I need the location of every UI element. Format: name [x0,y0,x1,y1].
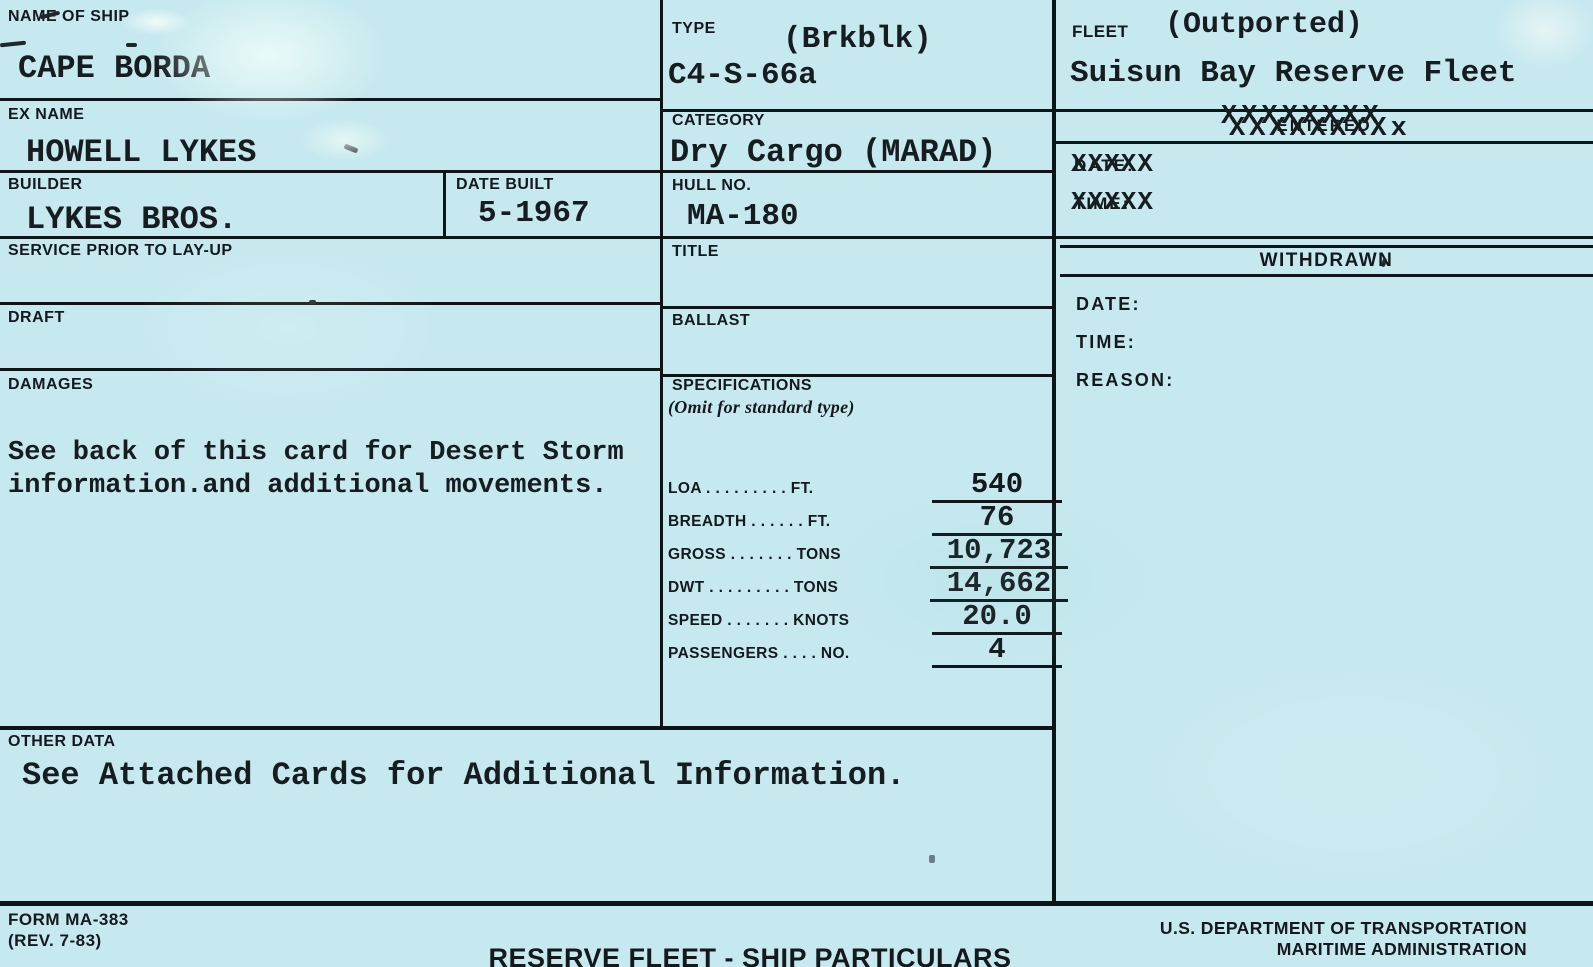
withdrawn-header: WITHDRAWN [1060,247,1593,274]
footer-form-number: FORM MA-383 [8,910,129,930]
spec-speed-label: SPEED . . . . . . . KNOTS [668,612,849,635]
spec-passengers-value: 4 [932,635,1062,668]
spec-loa-label: LOA . . . . . . . . . FT. [668,480,814,503]
date-built-label: DATE BUILT [456,176,554,194]
withdrawn-label: WITHDRAWN [1260,250,1394,272]
spec-gross-value: 10,723 [930,536,1068,569]
specifications-table: LOA . . . . . . . . . FT. 540 BREADTH . … [668,470,1056,668]
scan-stain-cape-borda [280,110,410,170]
divider-title-row [660,306,1056,309]
fleet-label: FLEET [1072,22,1128,42]
spec-row-speed: SPEED . . . . . . . KNOTS 20.0 [668,602,1056,635]
divider-builder-row [0,236,1593,239]
builder-label: BUILDER [8,176,83,194]
specifications-label: SPECIFICATIONS [672,377,812,395]
damages-text-line1: See back of this card for Desert Storm [8,438,624,468]
divider-withdrawn-bottom [1060,274,1593,277]
spec-loa-value: 540 [932,470,1062,503]
category-value: Dry Cargo (MARAD) [670,134,996,171]
divider-name-row [0,98,663,101]
entered-time-strike: XXXXX [1071,187,1154,217]
other-data-value: See Attached Cards for Additional Inform… [22,757,905,794]
spec-row-gross: GROSS . . . . . . . TONS 10,723 [668,536,1056,569]
divider-other-data-row [0,726,1056,730]
name-of-ship-value: CAPE BORDA [18,50,210,87]
scan-mark-5 [309,300,316,304]
type-value: C4-S-66a [668,58,817,93]
type-note: (Brkblk) [783,22,932,57]
other-data-label: OTHER DATA [8,733,116,751]
spec-breadth-label: BREADTH . . . . . . FT. [668,513,830,536]
withdrawn-reason-label: REASON: [1076,370,1174,391]
withdrawn-time-label: TIME: [1076,332,1136,353]
scan-mark-7 [929,855,935,863]
damages-text-line2: information.and additional movements. [8,471,608,501]
scan-mark-4 [344,144,359,154]
title-label: TITLE [672,243,719,261]
ballast-label: BALLAST [672,312,750,330]
entered-date-strike: XXXXX [1071,149,1154,179]
hull-no-label: HULL NO. [672,177,751,195]
entered-section-crossed-out: ENTERED XXXXXXXX XXXXXXXXx [1055,109,1593,142]
footer-agency-line2: MARITIME ADMINISTRATION [1085,939,1527,960]
footer-revision: (REV. 7-83) [8,931,102,951]
spec-breadth-value: 76 [932,503,1062,536]
entered-time-crossed-out: TIME: XXXXX [1074,194,1130,214]
scan-mark-2 [0,41,26,48]
spec-row-loa: LOA . . . . . . . . . FT. 540 [668,470,1056,503]
hull-no-value: MA-180 [687,199,799,234]
entered-strike-row2: XXXXXXXXx [1229,114,1411,144]
entered-date-crossed-out: DATE: XXXXX [1074,156,1135,176]
ship-particulars-card: NAME OF SHIP CAPE BORDA EX NAME HOWELL L… [0,0,1593,967]
withdrawn-date-label: DATE: [1076,294,1141,315]
footer-agency-line1: U.S. DEPARTMENT OF TRANSPORTATION [1085,918,1527,939]
category-label: CATEGORY [672,112,765,130]
type-label: TYPE [672,20,716,38]
builder-value: LYKES BROS. [26,201,237,238]
spec-dwt-label: DWT . . . . . . . . . TONS [668,579,838,602]
name-of-ship-label: NAME OF SHIP [8,8,130,26]
divider-service-row [0,302,663,305]
spec-passengers-label: PASSENGERS . . . . NO. [668,645,850,668]
ex-name-value: HOWELL LYKES [26,134,256,171]
spec-row-dwt: DWT . . . . . . . . . TONS 14,662 [668,569,1056,602]
divider-date-built-vertical [443,170,446,239]
specifications-note: (Omit for standard type) [668,397,855,418]
divider-footer [0,901,1593,906]
date-built-value: 5-1967 [478,196,590,231]
footer-card-title: RESERVE FLEET - SHIP PARTICULARS [440,943,1060,967]
draft-label: DRAFT [8,309,65,327]
fleet-note: (Outported) [1165,8,1363,42]
spec-row-breadth: BREADTH . . . . . . FT. 76 [668,503,1056,536]
fleet-value: Suisun Bay Reserve Fleet [1070,56,1516,91]
damages-label: DAMAGES [8,376,93,394]
spec-row-passengers: PASSENGERS . . . . NO. 4 [668,635,1056,668]
spec-dwt-value: 14,662 [930,569,1068,602]
ex-name-label: EX NAME [8,106,84,124]
service-prior-label: SERVICE PRIOR TO LAY-UP [8,242,233,260]
divider-draft-row [0,368,663,371]
spec-gross-label: GROSS . . . . . . . TONS [668,546,841,569]
spec-speed-value: 20.0 [932,602,1062,635]
scan-mark-3 [126,43,137,47]
